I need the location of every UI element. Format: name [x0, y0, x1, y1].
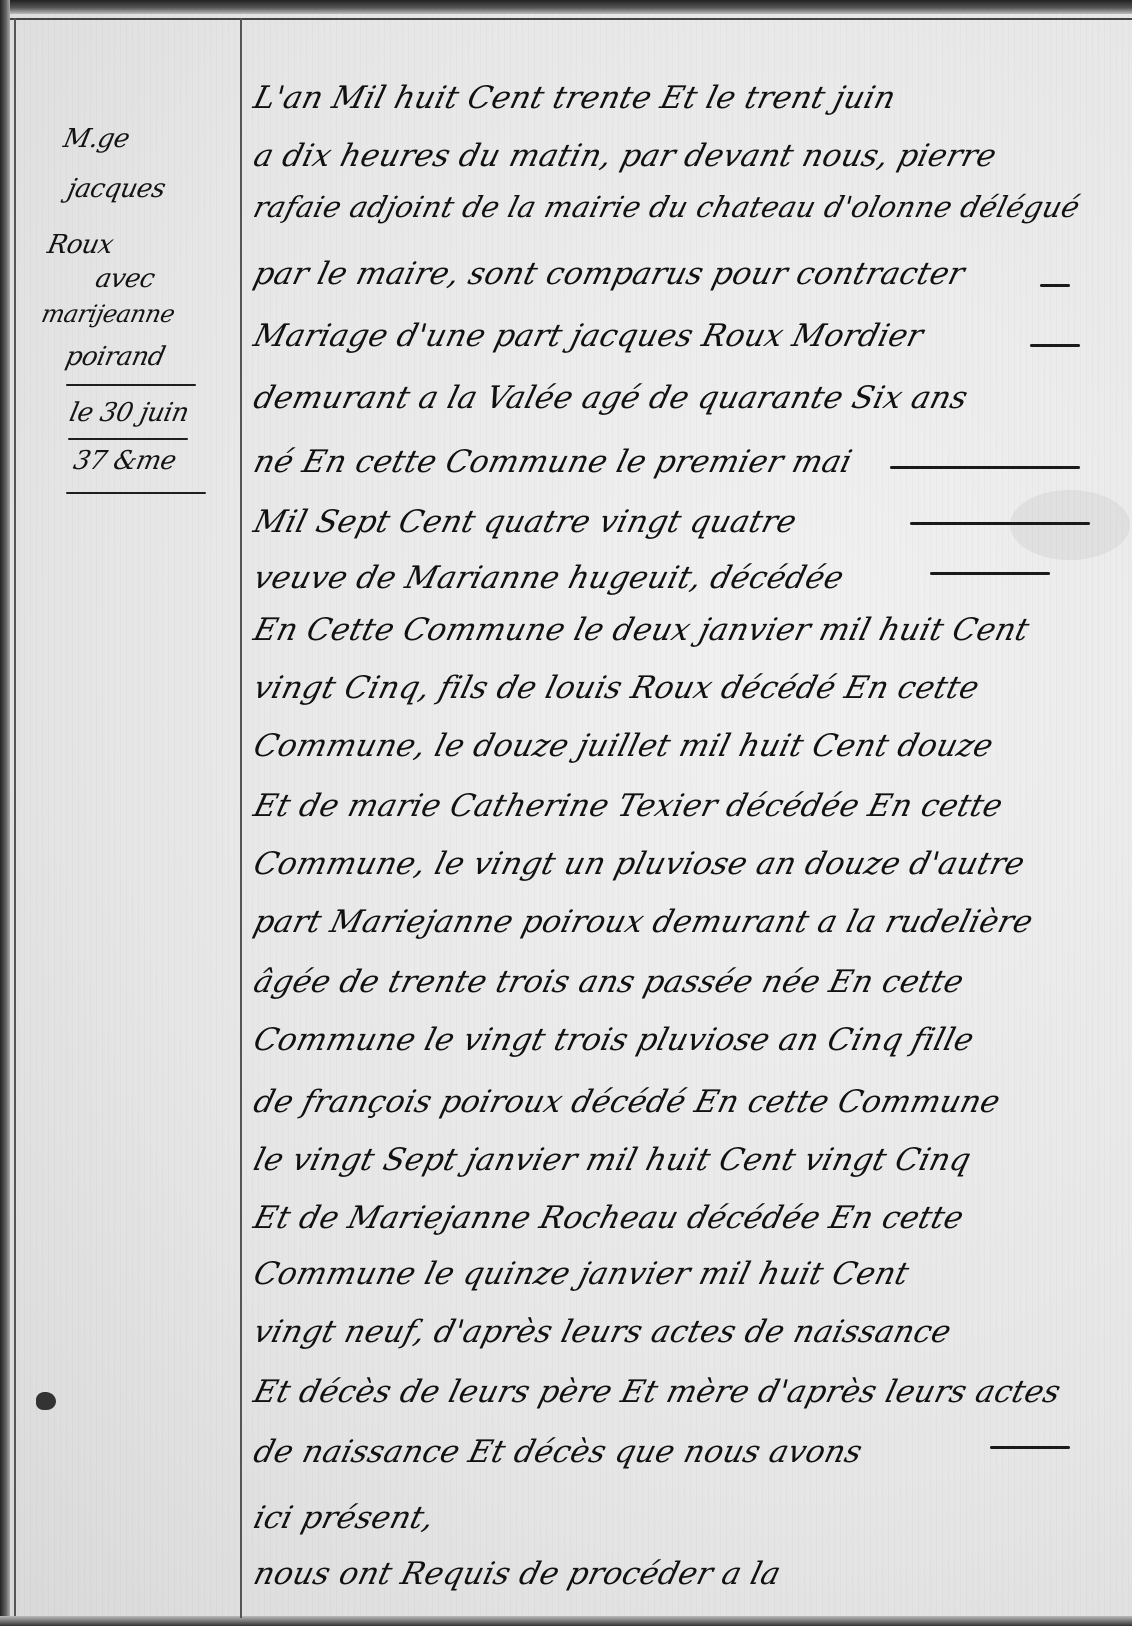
- margin-note-line: M.ge: [61, 124, 132, 154]
- margin-note-underline: [68, 438, 188, 440]
- record-line: vingt neuf, d'après leurs actes de naiss…: [250, 1314, 955, 1350]
- margin-note-line: marijeanne: [39, 300, 177, 328]
- margin-note-line: 37 &me: [71, 446, 179, 476]
- record-line: rafaie adjoint de la mairie du chateau d…: [250, 190, 1083, 224]
- line-filler-dash: [1040, 284, 1070, 287]
- record-line: ici présent,: [250, 1500, 438, 1536]
- record-line: a dix heures du matin, par devant nous, …: [250, 138, 1000, 174]
- record-line: par le maire, sont comparus pour contrac…: [250, 256, 968, 292]
- line-filler-dash: [910, 522, 1090, 525]
- page-top-border: [10, 18, 1132, 20]
- margin-note-line: Roux: [45, 230, 116, 260]
- record-line: Mariage d'une part jacques Roux Mordier: [250, 318, 927, 354]
- record-line: le vingt Sept janvier mil huit Cent ving…: [250, 1142, 975, 1178]
- margin-note-line: avec: [93, 264, 158, 294]
- record-line: vingt Cinq, fils de louis Roux décédé En…: [250, 670, 983, 706]
- line-filler-dash: [1030, 344, 1080, 347]
- record-line: Et décès de leurs père Et mère d'après l…: [250, 1374, 1064, 1410]
- record-line: En Cette Commune le deux janvier mil hui…: [250, 612, 1033, 648]
- record-line: part Mariejanne poiroux demurant a la ru…: [250, 904, 1037, 940]
- record-line: nous ont Requis de procéder a la: [250, 1556, 785, 1592]
- record-line: Commune le vingt trois pluviose an Cinq …: [250, 1022, 978, 1058]
- record-line: de naissance Et décès que nous avons: [250, 1434, 866, 1470]
- margin-note-line: jacques: [65, 174, 168, 204]
- record-line: demurant a la Valée agé de quarante Six …: [250, 380, 971, 416]
- record-line: âgée de trente trois ans passée née En c…: [250, 964, 967, 1000]
- margin-note-underline: [66, 384, 196, 386]
- page-top-edge: [0, 0, 1132, 14]
- line-filler-dash: [890, 466, 1080, 469]
- line-filler-dash: [930, 572, 1050, 575]
- record-line: Et de marie Catherine Texier décédée En …: [250, 788, 1006, 824]
- margin-note-underline: [66, 492, 206, 494]
- record-line: L'an Mil huit Cent trente Et le trent ju…: [250, 80, 899, 116]
- record-line: Commune, le douze juillet mil huit Cent …: [250, 728, 997, 764]
- record-line: Et de Mariejanne Rocheau décédée En cett…: [250, 1200, 967, 1236]
- record-line: né En cette Commune le premier mai: [250, 444, 856, 480]
- record-line: Commune le quinze janvier mil huit Cent: [250, 1256, 913, 1292]
- margin-note-line: le 30 juin: [67, 398, 192, 428]
- page-left-border: [14, 18, 16, 1618]
- record-line: veuve de Marianne hugeuit, décédée: [250, 560, 848, 596]
- scanned-register-page: M.ge jacques Roux avec marijeanne poiran…: [0, 0, 1132, 1626]
- record-line: Commune, le vingt un pluviose an douze d…: [250, 846, 1028, 882]
- margin-divider-line: [240, 18, 242, 1618]
- record-line: de françois poiroux décédé En cette Comm…: [250, 1084, 1004, 1120]
- page-left-edge: [0, 0, 10, 1626]
- page-bottom-edge: [0, 1616, 1132, 1626]
- margin-note-line: poirand: [63, 342, 168, 372]
- ink-blot: [36, 1392, 56, 1410]
- paper-stain: [1010, 490, 1130, 560]
- record-line: Mil Sept Cent quatre vingt quatre: [250, 504, 800, 540]
- line-filler-dash: [990, 1446, 1070, 1449]
